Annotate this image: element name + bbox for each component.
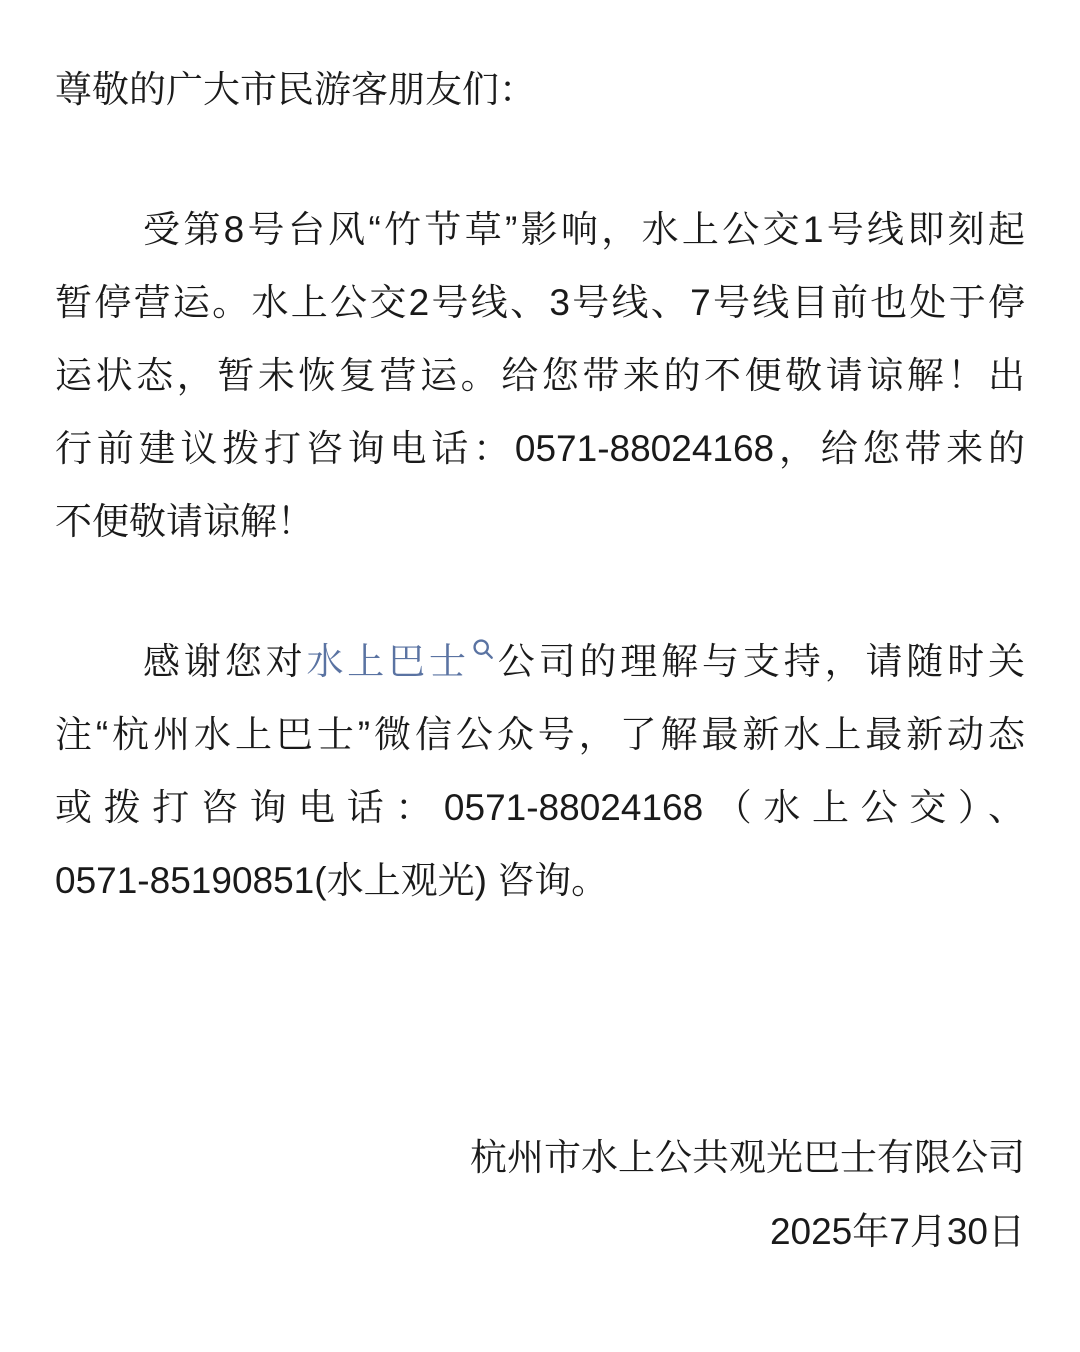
paragraph1-line1: 受第8号台风“竹节草”影响，水上公交1号线即刻起 xyxy=(55,193,1025,266)
paragraph-thanks: 感谢您对水上巴士 公司的理解与支持，请随时关 注“杭州水上巴士”微信公众号，了解… xyxy=(55,625,1025,917)
notice-document: 尊敬的广大市民游客朋友们： 受第8号台风“竹节草”影响，水上公交1号线即刻起 暂… xyxy=(0,0,1080,1352)
paragraph1-line4: 行前建议拨打咨询电话：0571-88024168，给您带来的 xyxy=(55,412,1025,485)
paragraph2-line3: 或拨打咨询电话：0571-88024168（水上公交）、 xyxy=(55,771,1025,844)
signature-block: 杭州市水上公共观光巴士有限公司 2025年7月30日 xyxy=(55,1121,1025,1269)
paragraph1-line3: 运状态，暂未恢复营运。给您带来的不便敬请谅解！出 xyxy=(55,339,1025,412)
paragraph2-line1-after: 公司的理解与支持，请随时关 xyxy=(494,641,1025,682)
paragraph2-line2: 注“杭州水上巴士”微信公众号，了解最新水上最新动态 xyxy=(55,698,1025,771)
water-bus-link[interactable]: 水上巴士 xyxy=(306,641,493,682)
paragraph2-line1-before: 感谢您对 xyxy=(143,641,306,682)
paragraph2-line1: 感谢您对水上巴士 公司的理解与支持，请随时关 xyxy=(55,625,1025,698)
paragraph1-line2: 暂停营运。水上公交2号线、3号线、7号线目前也处于停 xyxy=(55,266,1025,339)
salutation: 尊敬的广大市民游客朋友们： xyxy=(55,53,1025,126)
paragraph-suspension: 受第8号台风“竹节草”影响，水上公交1号线即刻起 暂停营运。水上公交2号线、3号… xyxy=(55,193,1025,558)
water-bus-link-label: 水上巴士 xyxy=(306,641,469,682)
paragraph1-line5: 不便敬请谅解！ xyxy=(55,485,1025,558)
signature-company: 杭州市水上公共观光巴士有限公司 xyxy=(55,1121,1025,1194)
search-icon xyxy=(472,638,494,660)
signature-date: 2025年7月30日 xyxy=(55,1194,1025,1269)
paragraph2-line4: 0571-85190851(水上观光) 咨询。 xyxy=(55,844,1025,917)
